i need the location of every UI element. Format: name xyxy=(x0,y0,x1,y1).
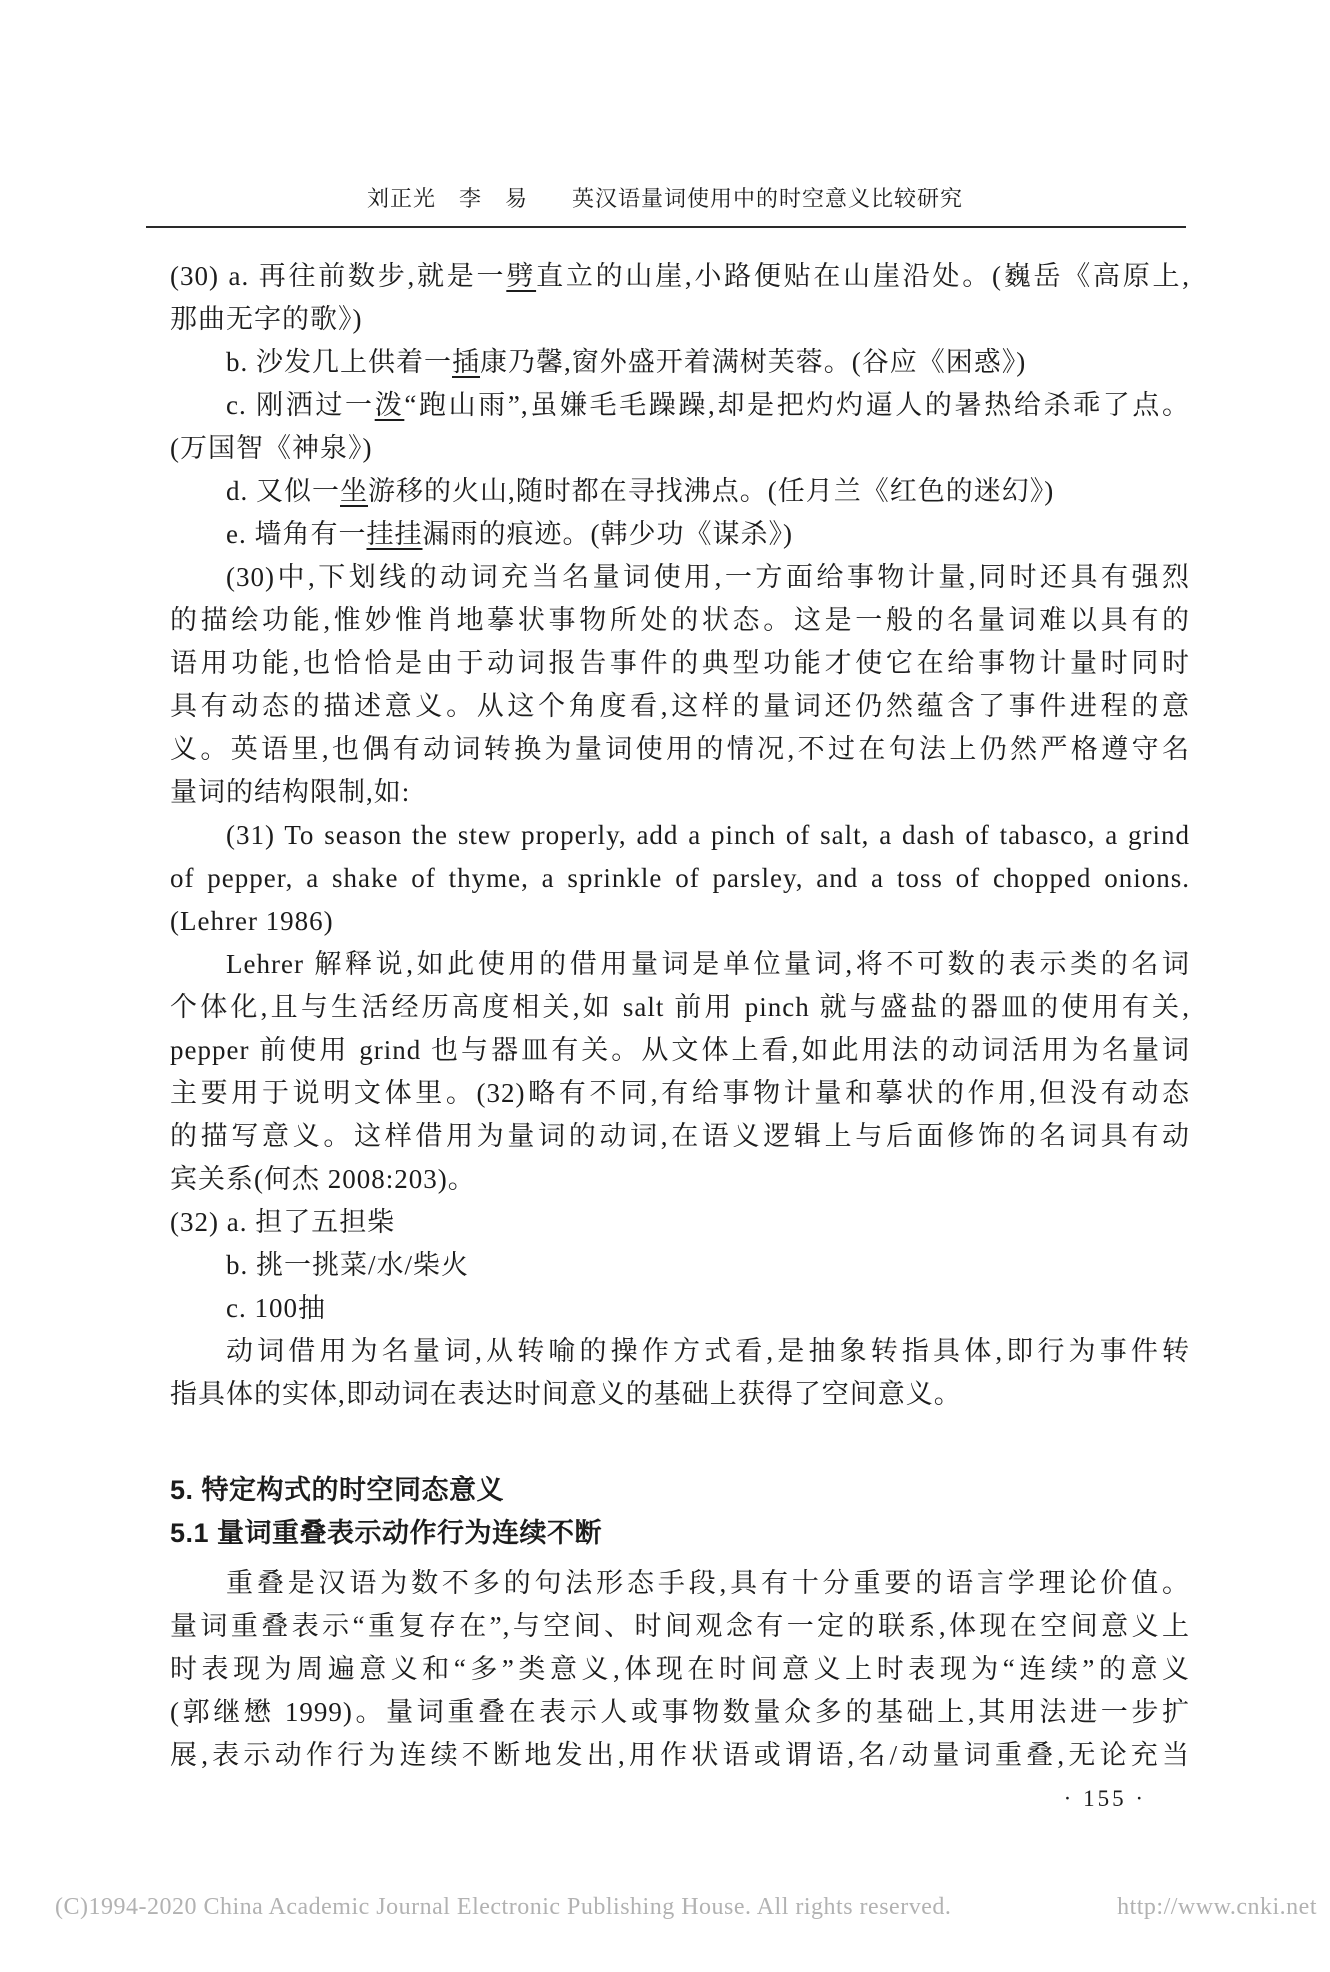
running-head-authors: 刘正光 李 易 xyxy=(367,186,528,211)
text-segment: 主要用于说明文体里。(32)略有不同,有给事物计量和摹状的作用,但没有动态 xyxy=(170,1078,1190,1108)
text-segment: 游移的火山,随时都在寻找沸点。(任月兰《红色的迷幻》) xyxy=(368,476,1054,506)
section-gap xyxy=(170,1416,1190,1469)
body-line: 的描写意义。这样借用为量词的动词,在语义逻辑上与后面修饰的名词具有动 xyxy=(170,1115,1190,1158)
body-line: (郭继懋 1999)。量词重叠在表示人或事物数量众多的基础上,其用法进一步扩 xyxy=(170,1691,1190,1734)
cnki-url: http://www.cnki.net xyxy=(1117,1894,1317,1921)
body-line: b. 沙发几上供着一插康乃馨,窗外盛开着满树芙蓉。(谷应《困惑》) xyxy=(170,341,1190,384)
text-segment: e. 墙角有一 xyxy=(226,519,366,549)
text-segment: 重叠是汉语为数不多的句法形态手段,具有十分重要的语言学理论价值。 xyxy=(226,1568,1190,1598)
body-line: 宾关系(何杰 2008:203)。 xyxy=(170,1158,1190,1201)
body-line: 量词的结构限制,如: xyxy=(170,771,1190,814)
body-line: 那曲无字的歌》) xyxy=(170,298,1190,341)
text-segment: (32) a. 担了五担柴 xyxy=(170,1207,395,1237)
body-line: (31) To season the stew properly, add a … xyxy=(170,814,1190,857)
page-body: (30) a. 再往前数步,就是一劈直立的山崖,小路便贴在山崖沿处。(巍岳《高原… xyxy=(170,255,1190,1777)
body-line: (万国智《神泉》) xyxy=(170,427,1190,470)
body-line: (Lehrer 1986) xyxy=(170,900,1190,943)
underlined-classifier: 坐 xyxy=(340,476,368,506)
body-line: 展,表示动作行为连续不断地发出,用作状语或谓语,名/动量词重叠,无论充当 xyxy=(170,1734,1190,1777)
text-segment: 5.1 量词重叠表示动作行为连续不断 xyxy=(170,1518,602,1548)
text-segment: 漏雨的痕迹。(韩少功《谋杀》) xyxy=(422,519,792,549)
underlined-classifier: 泼 xyxy=(375,390,405,420)
body-line: (30) a. 再往前数步,就是一劈直立的山崖,小路便贴在山崖沿处。(巍岳《高原… xyxy=(170,255,1190,298)
body-line: 重叠是汉语为数不多的句法形态手段,具有十分重要的语言学理论价值。 xyxy=(170,1562,1190,1605)
text-segment: c. 100抽 xyxy=(226,1293,326,1323)
text-segment: 的描写意义。这样借用为量词的动词,在语义逻辑上与后面修饰的名词具有动 xyxy=(170,1121,1190,1151)
watermark-footer: (C)1994-2020 China Academic Journal Elec… xyxy=(0,1894,1330,1921)
page-number: · 155 · xyxy=(170,1786,1190,1812)
body-line: e. 墙角有一挂挂漏雨的痕迹。(韩少功《谋杀》) xyxy=(170,513,1190,556)
text-segment: (万国智《神泉》) xyxy=(170,433,372,463)
text-segment: 时表现为周遍意义和“多”类意义,体现在时间意义上时表现为“连续”的意义 xyxy=(170,1654,1190,1684)
body-line: 主要用于说明文体里。(32)略有不同,有给事物计量和摹状的作用,但没有动态 xyxy=(170,1072,1190,1115)
body-line: c. 100抽 xyxy=(170,1287,1190,1330)
body-line: 动词借用为名量词,从转喻的操作方式看,是抽象转指具体,即行为事件转 xyxy=(170,1330,1190,1373)
journal-page: { "header": { "authors": "刘正光 李 易", "tit… xyxy=(0,0,1330,1972)
copyright-notice: (C)1994-2020 China Academic Journal Elec… xyxy=(55,1894,951,1921)
header-rule xyxy=(146,226,1186,228)
body-line: 义。英语里,也偶有动词转换为量词使用的情况,不过在句法上仍然严格遵守名 xyxy=(170,728,1190,771)
text-segment: 直立的山崖,小路便贴在山崖沿处。(巍岳《高原上, xyxy=(536,261,1190,291)
text-segment: 量词重叠表示“重复存在”,与空间、时间观念有一定的联系,体现在空间意义上 xyxy=(170,1611,1190,1641)
text-segment: 那曲无字的歌》) xyxy=(170,304,363,334)
body-line: Lehrer 解释说,如此使用的借用量词是单位量词,将不可数的表示类的名词 xyxy=(170,943,1190,986)
body-line: 语用功能,也恰恰是由于动词报告事件的典型功能才使它在给事物计量时同时 xyxy=(170,642,1190,685)
text-segment: d. 又似一 xyxy=(226,476,340,506)
text-segment: (30)中,下划线的动词充当名量词使用,一方面给事物计量,同时还具有强烈 xyxy=(226,562,1190,592)
body-line: of pepper, a shake of thyme, a sprinkle … xyxy=(170,857,1190,900)
body-line: 时表现为周遍意义和“多”类意义,体现在时间意义上时表现为“连续”的意义 xyxy=(170,1648,1190,1691)
underlined-classifier: 插 xyxy=(452,347,480,377)
body-line: d. 又似一坐游移的火山,随时都在寻找沸点。(任月兰《红色的迷幻》) xyxy=(170,470,1190,513)
body-line: b. 挑一挑菜/水/柴火 xyxy=(170,1244,1190,1287)
text-segment: 个体化,且与生活经历高度相关,如 salt 前用 pinch 就与盛盐的器皿的使… xyxy=(170,992,1190,1022)
text-segment: Lehrer 解释说,如此使用的借用量词是单位量词,将不可数的表示类的名词 xyxy=(226,949,1190,979)
text-segment: pepper 前使用 grind 也与器皿有关。从文体上看,如此用法的动词活用为… xyxy=(170,1035,1190,1065)
text-segment: 展,表示动作行为连续不断地发出,用作状语或谓语,名/动量词重叠,无论充当 xyxy=(170,1740,1190,1770)
text-segment: (Lehrer 1986) xyxy=(170,906,334,936)
running-head: 刘正光 李 易英汉语量词使用中的时空意义比较研究 xyxy=(0,182,1330,213)
text-segment: b. 挑一挑菜/水/柴火 xyxy=(226,1250,469,1280)
text-segment: (31) To season the stew properly, add a … xyxy=(226,820,1190,850)
body-line: 具有动态的描述意义。从这个角度看,这样的量词还仍然蕴含了事件进程的意 xyxy=(170,685,1190,728)
body-line: (32) a. 担了五担柴 xyxy=(170,1201,1190,1244)
text-segment: 义。英语里,也偶有动词转换为量词使用的情况,不过在句法上仍然严格遵守名 xyxy=(170,734,1190,764)
body-line: 个体化,且与生活经历高度相关,如 salt 前用 pinch 就与盛盐的器皿的使… xyxy=(170,986,1190,1029)
text-segment: 指具体的实体,即动词在表达时间意义的基础上获得了空间意义。 xyxy=(170,1379,962,1409)
text-segment: 语用功能,也恰恰是由于动词报告事件的典型功能才使它在给事物计量时同时 xyxy=(170,648,1190,678)
text-segment: (郭继懋 1999)。量词重叠在表示人或事物数量众多的基础上,其用法进一步扩 xyxy=(170,1697,1190,1727)
underlined-classifier: 劈 xyxy=(506,261,536,291)
text-segment: 的描绘功能,惟妙惟肖地摹状事物所处的状态。这是一般的名量词难以具有的 xyxy=(170,605,1190,635)
text-segment: “跑山雨”,虽嫌毛毛躁躁,却是把灼灼逼人的暑热给杀乖了点。 xyxy=(404,390,1190,420)
text-segment: 具有动态的描述意义。从这个角度看,这样的量词还仍然蕴含了事件进程的意 xyxy=(170,691,1190,721)
text-segment: 5. 特定构式的时空同态意义 xyxy=(170,1475,504,1505)
underlined-classifier: 挂挂 xyxy=(366,519,422,549)
text-segment: 宾关系(何杰 2008:203)。 xyxy=(170,1164,476,1194)
text-segment: 动词借用为名量词,从转喻的操作方式看,是抽象转指具体,即行为事件转 xyxy=(226,1336,1190,1366)
section-heading: 5.1 量词重叠表示动作行为连续不断 xyxy=(170,1512,1190,1555)
text-segment: of pepper, a shake of thyme, a sprinkle … xyxy=(170,863,1190,893)
body-line: (30)中,下划线的动词充当名量词使用,一方面给事物计量,同时还具有强烈 xyxy=(170,556,1190,599)
text-segment: (30) a. 再往前数步,就是一 xyxy=(170,261,506,291)
text-segment: 量词的结构限制,如: xyxy=(170,777,410,807)
body-line: pepper 前使用 grind 也与器皿有关。从文体上看,如此用法的动词活用为… xyxy=(170,1029,1190,1072)
text-segment: c. 刚洒过一 xyxy=(226,390,375,420)
body-line: 指具体的实体,即动词在表达时间意义的基础上获得了空间意义。 xyxy=(170,1373,1190,1416)
body-line: c. 刚洒过一泼“跑山雨”,虽嫌毛毛躁躁,却是把灼灼逼人的暑热给杀乖了点。 xyxy=(170,384,1190,427)
text-segment: b. 沙发几上供着一 xyxy=(226,347,452,377)
running-head-title: 英汉语量词使用中的时空意义比较研究 xyxy=(572,186,963,211)
text-segment: 康乃馨,窗外盛开着满树芙蓉。(谷应《困惑》) xyxy=(480,347,1026,377)
body-line: 量词重叠表示“重复存在”,与空间、时间观念有一定的联系,体现在空间意义上 xyxy=(170,1605,1190,1648)
section-heading: 5. 特定构式的时空同态意义 xyxy=(170,1469,1190,1512)
body-line: 的描绘功能,惟妙惟肖地摹状事物所处的状态。这是一般的名量词难以具有的 xyxy=(170,599,1190,642)
